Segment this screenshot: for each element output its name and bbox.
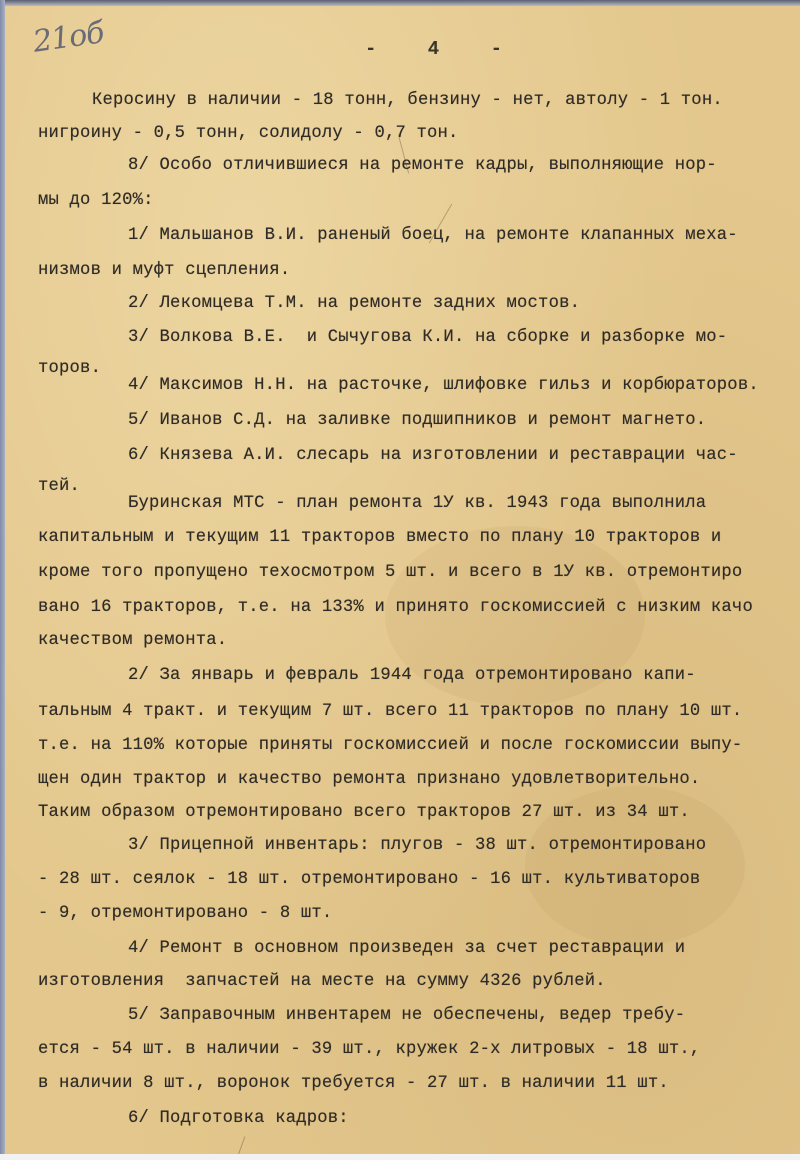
page-number: - 4 - — [365, 38, 522, 60]
text-line: 4/ Ремонт в основном произведен за счет … — [128, 939, 685, 958]
text-line: вано 16 тракторов, т.е. на 133% и принят… — [38, 598, 753, 617]
text-line: 3/ Волкова В.Е. и Сычугова К.И. на сборк… — [128, 328, 727, 347]
text-line: тальным 4 тракт. и текущим 7 шт. всего 1… — [38, 702, 742, 721]
text-line: 3/ Прицепной инвентарь: плугов - 38 шт. … — [128, 836, 706, 855]
text-line: торов. — [38, 359, 101, 378]
text-line: изготовления запчастей на месте на сумму… — [38, 972, 606, 991]
text-line: Керосину в наличии - 18 тонн, бензину - … — [92, 91, 723, 110]
text-line: 2/ За январь и февраль 1944 года отремон… — [128, 666, 696, 685]
text-line: Буринская МТС - план ремонта 1У кв. 1943… — [128, 494, 706, 513]
text-line: 4/ Максимов Н.Н. на расточке, шлифовке г… — [128, 376, 759, 395]
text-line: 5/ Заправочным инвентарем не обеспечены,… — [128, 1006, 685, 1025]
text-line: щен один трактор и качество ремонта приз… — [38, 770, 700, 789]
text-line: - 28 шт. сеялок - 18 шт. отремонтировано… — [38, 870, 700, 889]
text-line: 6/ Князева А.И. слесарь на изготовлении … — [128, 446, 738, 465]
text-line: мы до 120%: — [38, 191, 154, 210]
text-line: 5/ Иванов С.Д. на заливке подшипников и … — [128, 411, 706, 430]
scan-bottom-edge — [0, 1154, 800, 1160]
text-line: низмов и муфт сцепления. — [38, 261, 290, 280]
text-line: качеством ремонта. — [38, 631, 227, 650]
text-line: 1/ Мальшанов В.И. раненый боец, на ремон… — [128, 226, 738, 245]
text-line: - 9, отремонтировано - 8 шт. — [38, 904, 332, 923]
text-line: в наличии 8 шт., воронок требуется - 27 … — [38, 1074, 669, 1093]
text-line: нигроину - 0,5 тонн, солидолу - 0,7 тон. — [38, 124, 459, 143]
text-line: 6/ Подготовка кадров: — [128, 1109, 349, 1128]
text-line: 8/ Особо отличившиеся на ремонте кадры, … — [128, 156, 717, 175]
text-line: капитальным и текущим 11 тракторов вмест… — [38, 528, 721, 547]
text-line: т.е. на 110% которые приняты госкомиссие… — [38, 736, 742, 755]
document-page: 21об - 4 - Керосину в наличии - 18 тонн,… — [5, 6, 800, 1156]
text-line: ется - 54 шт. в наличии - 39 шт., кружек… — [38, 1040, 700, 1059]
text-line: Таким образом отремонтировано всего трак… — [38, 803, 690, 822]
text-line: кроме того пропущено техосмотром 5 шт. и… — [38, 563, 742, 582]
text-line: тей. — [38, 477, 80, 496]
paper-crease — [238, 1136, 246, 1155]
text-line: 2/ Лекомцева Т.М. на ремонте задних мост… — [128, 294, 580, 313]
archive-sheet-number: 21об — [31, 15, 106, 59]
